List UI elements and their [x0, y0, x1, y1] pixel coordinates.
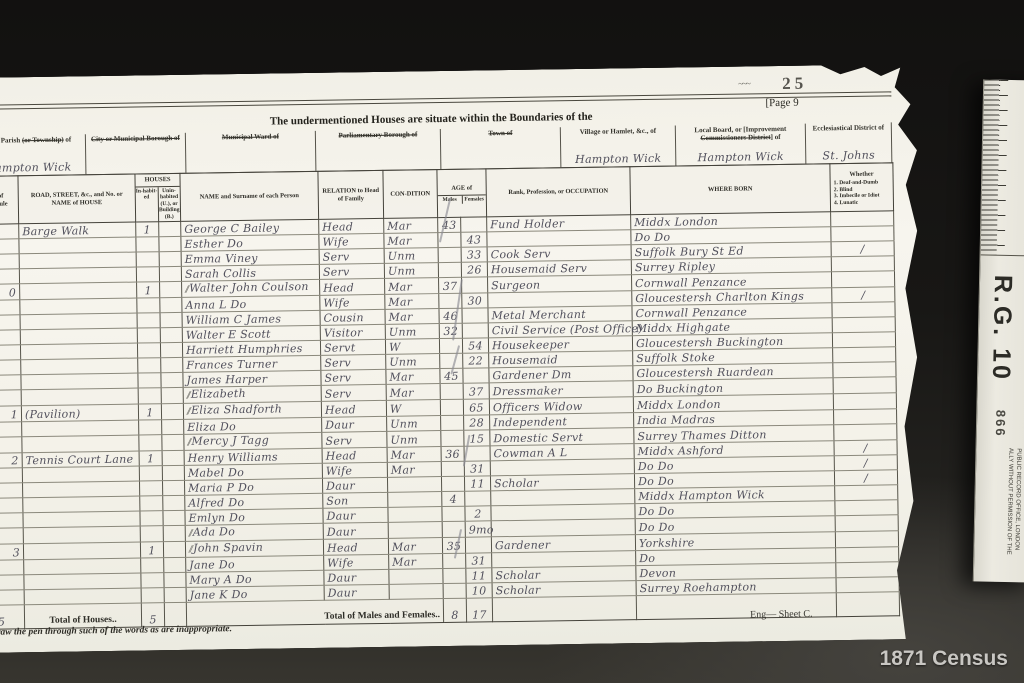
cell-blank — [836, 592, 899, 617]
cell-disability — [836, 577, 899, 593]
cell-inhabited — [141, 573, 164, 588]
cell-condition: Mar — [386, 369, 440, 385]
cell-road — [19, 252, 136, 269]
cell-relation: Daur — [323, 507, 388, 523]
cell-inhabited — [139, 420, 162, 435]
cell-inhabited: 1 — [136, 222, 159, 237]
copyright-notice: ALLY WITHOUT PERMISSION OF THEPUBLIC REC… — [1004, 448, 1023, 578]
cell-disability — [833, 393, 896, 410]
cell-road — [24, 558, 141, 575]
cell-schedule — [0, 330, 20, 346]
cell-occupation: Civil Service (Post Office) — [488, 321, 632, 338]
disability-items: 1. Deaf-and-Dumb2. Blind3. Imbecile or I… — [832, 179, 892, 206]
cell-disability — [835, 485, 898, 501]
header-field-label: Town of — [443, 128, 558, 138]
cell-age-male — [440, 383, 463, 399]
cell-schedule — [0, 483, 23, 499]
cell-relation: Serv — [319, 263, 384, 279]
cell-condition — [387, 477, 441, 493]
cell-uninhabited — [161, 403, 183, 419]
enumerator-tick: ∕∕ — [185, 285, 187, 295]
cell-relation: Head — [323, 538, 388, 555]
cell-disability — [835, 531, 898, 548]
cell-road — [22, 466, 139, 483]
cell-disability: ∕ — [831, 241, 894, 257]
header-field-label: City or Municipal Borough of — [88, 134, 183, 143]
cell-age-male — [442, 506, 465, 521]
header-field-label: Ecclesiastical District of — [808, 123, 889, 132]
cell-name: Harriett Humphries — [182, 340, 320, 357]
cell-uninhabited — [162, 419, 184, 434]
cell-inhabited — [137, 343, 160, 358]
cell-disability — [831, 226, 894, 242]
cell-road — [23, 481, 140, 498]
cell-age-female — [461, 217, 487, 232]
cell-age-female — [465, 537, 491, 553]
cell-inhabited — [139, 435, 162, 451]
total-females-value: 17 — [466, 598, 492, 622]
cell-inhabited — [141, 588, 164, 603]
cell-age-female — [465, 491, 491, 506]
cell-disability — [832, 332, 895, 348]
cell-schedule — [0, 590, 24, 606]
cell-age-female: 2 — [465, 506, 491, 521]
header-field-label: Local Board, or [Improvement Commissione… — [678, 125, 803, 143]
cell-uninhabited — [162, 480, 184, 495]
pencil-scribble: ~~~ — [738, 78, 750, 88]
cell-schedule: 0 — [0, 284, 20, 301]
cell-age-female: 26 — [461, 262, 487, 277]
cell-uninhabited — [162, 465, 184, 480]
cell-uninhabited — [164, 587, 186, 602]
col-disability: Whether 1. Deaf-and-Dumb2. Blind3. Imbec… — [830, 163, 894, 212]
cell-uninhabited — [164, 557, 186, 572]
cell-road — [23, 526, 140, 544]
cell-age-female: 11 — [464, 476, 490, 491]
cell-uninhabited — [160, 297, 182, 312]
cell-uninhabited — [163, 510, 185, 525]
cell-uninhabited — [163, 495, 185, 510]
cell-uninhabited — [162, 450, 184, 465]
cell-relation: Serv — [322, 431, 387, 448]
cell-road — [21, 373, 138, 390]
cell-road — [20, 343, 137, 360]
header-field: Civil Parish (or Township) ofHampton Wic… — [0, 134, 86, 176]
cell-age-male — [441, 476, 464, 491]
cell-disability: ∕ — [834, 455, 897, 471]
cell-disability: ∕ — [834, 440, 897, 456]
col-age-females: Females — [462, 195, 486, 204]
cell-condition: Unm — [384, 248, 438, 264]
header-field: Town of — [441, 127, 562, 169]
cell-disability — [834, 409, 897, 425]
cell-age-male — [438, 262, 461, 277]
cell-road — [24, 573, 141, 590]
header-field-label: Municipal Ward of — [188, 132, 313, 142]
cell-inhabited — [137, 298, 160, 313]
cell-age-male: 36 — [441, 446, 464, 461]
cell-condition: Unm — [387, 431, 441, 448]
cell-road — [23, 511, 140, 528]
cell-uninhabited — [160, 327, 182, 342]
cell-relation: Daur — [322, 416, 387, 432]
header-field: Ecclesiastical District ofSt. Johns — [806, 122, 893, 163]
cell-margin-note: 5 — [0, 605, 25, 630]
col-condition: CON-DITION — [383, 170, 438, 219]
cell-condition: Unm — [384, 263, 438, 279]
cell-inhabited: 1 — [140, 542, 163, 558]
col-schedule: No. of Schedule — [0, 176, 19, 225]
cell-road — [20, 328, 137, 345]
cell-condition — [388, 507, 442, 523]
cell-condition: Mar — [385, 309, 439, 325]
total-males-value: 8 — [443, 598, 466, 622]
cell-schedule — [0, 360, 21, 376]
cell-schedule — [0, 575, 24, 591]
cell-relation: Head — [320, 278, 385, 295]
header-field-label: Village or Hamlet, &c., of — [563, 127, 673, 137]
cell-age-male: 35 — [442, 537, 465, 553]
cell-relation: Head — [321, 400, 386, 417]
cell-age-female: 10 — [466, 583, 492, 598]
cell-disability — [836, 562, 899, 578]
cell-road — [20, 282, 137, 300]
cell-disability — [833, 347, 896, 363]
cell-relation: Wife — [324, 554, 389, 570]
cell-disability — [834, 424, 897, 441]
cell-relation: Cousin — [320, 309, 385, 325]
cell-age-female: 31 — [464, 461, 490, 476]
cell-inhabited — [136, 252, 159, 267]
header-field: Parliamentary Borough of — [316, 129, 442, 171]
cell-age-male — [441, 461, 464, 476]
cell-relation: Head — [319, 218, 384, 234]
cell-inhabited — [139, 481, 162, 496]
cell-schedule — [0, 528, 23, 545]
cell-condition: Unm — [385, 324, 439, 340]
header-field-value: Hampton Wick — [0, 160, 83, 175]
cell-age-female: 37 — [463, 383, 489, 399]
cell-age-male: 4 — [442, 491, 465, 506]
ruler-divider — [981, 254, 1024, 256]
cell-road: (Pavilion) — [21, 404, 138, 422]
cell-age-male — [440, 399, 463, 415]
cell-disability — [832, 317, 895, 333]
cell-relation: Servt — [320, 339, 385, 355]
enumerator-tick: ∕∕ — [187, 438, 189, 448]
cell-road: Tennis Court Lane — [22, 451, 139, 468]
col-born: WHERE BORN — [630, 164, 831, 215]
cell-disability — [831, 256, 894, 272]
cell-inhabited — [138, 388, 161, 404]
cell-age-male — [443, 568, 466, 583]
cell-age-female: 31 — [466, 553, 492, 568]
cell-road — [21, 388, 138, 406]
cell-disability — [832, 302, 895, 318]
cell-age-male: 32 — [439, 323, 462, 338]
cell-condition — [389, 584, 443, 600]
cell-disability — [833, 377, 896, 394]
col-name: NAME and Surname of each Person — [180, 171, 319, 221]
cell-relation: Serv — [321, 369, 386, 385]
cell-inhabited — [138, 373, 161, 388]
cell-uninhabited — [159, 221, 181, 236]
cell-road: Barge Walk — [19, 222, 136, 239]
cell-uninhabited — [161, 357, 183, 372]
col-houses: HOUSES In-habit-ed Unin-habited (U.), or… — [135, 173, 181, 222]
cell-schedule — [0, 239, 19, 255]
cell-road — [19, 267, 136, 284]
cell-condition: Mar — [389, 554, 443, 570]
cell-condition: Mar — [387, 462, 441, 478]
cell-schedule — [0, 513, 23, 529]
cell-uninhabited — [161, 372, 183, 387]
cell-condition: Mar — [384, 218, 438, 234]
cell-disability — [835, 515, 898, 532]
total-houses-value: 5 — [141, 603, 164, 627]
cell-blank — [492, 596, 636, 622]
cell-disability — [831, 271, 894, 288]
footnote: • Draw the pen through such of the words… — [0, 624, 232, 638]
cell-condition: W — [386, 400, 440, 417]
census-sheet: ~~~ 25 [Page 9 The undermentioned Houses… — [0, 64, 945, 653]
cell-condition: Mar — [386, 384, 440, 401]
cell-inhabited — [137, 313, 160, 328]
cell-road — [22, 435, 139, 453]
cell-uninhabited — [160, 342, 182, 357]
cell-inhabited: 1 — [138, 404, 161, 420]
cell-uninhabited — [164, 572, 186, 587]
col-occupation: Rank, Profession, or OCCUPATION — [486, 167, 631, 217]
header-field-label: Parliamentary Borough of — [318, 130, 438, 140]
cell-disability — [831, 211, 894, 227]
cell-schedule — [0, 468, 23, 484]
cell-relation: Wife — [322, 462, 387, 478]
cell-road — [23, 542, 140, 560]
cell-uninhabited — [161, 387, 183, 403]
cell-relation: Serv — [321, 384, 386, 401]
cell-inhabited — [137, 328, 160, 343]
cell-condition: Unm — [387, 416, 441, 432]
cell-road — [22, 420, 139, 437]
cell-age-female — [462, 308, 488, 323]
cell-age-male — [441, 415, 464, 430]
cell-condition: Mar — [388, 538, 442, 555]
cell-relation: Wife — [320, 294, 385, 310]
cell-schedule — [0, 498, 23, 514]
cell-age-male — [438, 247, 461, 262]
cell-inhabited — [140, 511, 163, 526]
piece-number: 866 — [993, 410, 1009, 438]
cell-uninhabited — [159, 236, 181, 251]
col-road: ROAD, STREET, &c., and No. or NAME of HO… — [18, 174, 136, 224]
cell-schedule — [0, 315, 20, 331]
cell-inhabited — [141, 558, 164, 573]
cell-schedule — [0, 300, 20, 316]
cell-schedule — [0, 560, 24, 576]
cell-age-female: 22 — [463, 353, 489, 368]
cell-condition: W — [385, 339, 439, 355]
cell-condition: Mar — [385, 278, 439, 295]
cell-inhabited — [136, 267, 159, 282]
cell-age-female — [462, 323, 488, 338]
cell-schedule: 1 — [0, 406, 22, 423]
cell-road — [24, 588, 141, 605]
cell-age-female: 65 — [463, 399, 489, 415]
table-body: Barge Walk1George C BaileyHeadMar43Fund … — [0, 211, 900, 630]
cell-condition: Mar — [387, 447, 441, 463]
cell-relation: Serv — [321, 354, 386, 370]
cell-condition: Mar — [384, 233, 438, 249]
cell-blank — [164, 602, 186, 626]
cell-disability: ∕ — [834, 470, 897, 486]
cell-condition — [388, 522, 442, 539]
header-field-value: Hampton Wick — [563, 152, 673, 167]
cell-relation: Visitor — [320, 324, 385, 340]
cell-age-female — [463, 368, 489, 383]
cell-relation: Daur — [324, 584, 389, 600]
cell-age-female: 30 — [462, 293, 488, 308]
col-relation: RELATION to Head of Family — [318, 170, 384, 219]
cell-road — [20, 298, 137, 315]
cell-inhabited — [139, 466, 162, 481]
cell-uninhabited — [159, 251, 181, 266]
cell-inhabited: 1 — [139, 451, 162, 466]
cell-schedule — [0, 375, 21, 391]
cell-uninhabited — [163, 525, 185, 541]
sheet-label: Eng— Sheet C. — [750, 609, 813, 621]
total-males-females-label: Total of Males and Females.. — [186, 599, 443, 627]
cell-road — [21, 358, 138, 375]
cell-inhabited — [140, 526, 163, 542]
cell-schedule: 3 — [0, 544, 24, 561]
cell-condition — [389, 569, 443, 585]
cell-age-female: 28 — [464, 415, 490, 430]
cell-disability — [835, 500, 898, 516]
archive-reference-card: R.G. 10 866 ALLY WITHOUT PERMISSION OF T… — [973, 79, 1024, 582]
cell-inhabited — [138, 358, 161, 373]
cell-age-female: 33 — [461, 247, 487, 262]
cell-age-male — [443, 583, 466, 598]
enumerator-tick: ∕∕ — [189, 545, 191, 555]
cell-relation: Daur — [322, 477, 387, 493]
col-uninhabited: Unin-habited (U.), or Building (B.) — [158, 186, 180, 221]
cell-road — [20, 313, 137, 330]
cell-schedule — [0, 224, 19, 240]
cell-inhabited — [140, 496, 163, 511]
enumerator-tick: ∕∕ — [187, 407, 189, 417]
cell-uninhabited — [159, 266, 181, 281]
cell-disability — [833, 362, 896, 378]
header-field-value: St. Johns — [808, 148, 889, 162]
enumerator-tick: ∕∕ — [189, 529, 191, 539]
folio-stamp-number: 25 — [782, 74, 807, 94]
header-field: Village or Hamlet, &c., ofHampton Wick — [561, 126, 677, 168]
cell-relation: Wife — [319, 233, 384, 249]
header-field-label: Civil Parish (or Township) of — [0, 135, 83, 145]
cell-relation: Head — [322, 447, 387, 463]
cell-relation: Serv — [319, 248, 384, 264]
cell-condition: Mar — [385, 294, 439, 310]
header-field-value: Hampton Wick — [678, 150, 803, 165]
image-caption: 1871 Census — [880, 647, 1008, 671]
cell-uninhabited — [163, 541, 185, 557]
cell-name: ∕∕Walter John Coulson — [182, 279, 320, 297]
cell-road — [19, 237, 136, 254]
cell-inhabited: 1 — [137, 282, 160, 298]
cell-schedule — [0, 345, 21, 361]
cell-condition: Unm — [386, 354, 440, 370]
cell-age-male — [441, 430, 464, 446]
record-group-reference: R.G. 10 — [986, 275, 1017, 383]
col-inhabited: In-habit-ed — [136, 187, 159, 222]
cell-uninhabited — [160, 312, 182, 327]
cell-relation: Son — [323, 492, 388, 508]
cell-age-female — [462, 277, 488, 293]
cell-relation: Daur — [324, 569, 389, 585]
cell-age-female: 54 — [462, 338, 488, 353]
cell-disability: ∕ — [832, 287, 895, 303]
cell-disability — [836, 547, 899, 563]
header-field: Local Board, or [Improvement Commissione… — [676, 124, 807, 166]
cell-schedule — [0, 390, 21, 407]
cell-schedule — [0, 437, 22, 454]
header-field: City or Municipal Borough of — [86, 133, 187, 174]
cell-schedule — [0, 254, 19, 270]
header-field: Municipal Ward of — [186, 131, 317, 173]
cell-relation: Daur — [323, 522, 388, 539]
cell-condition — [388, 492, 442, 508]
cell-inhabited — [136, 237, 159, 252]
cell-age-female: 9mo — [465, 521, 491, 537]
cell-uninhabited — [162, 434, 184, 450]
cell-age-female: 43 — [461, 232, 487, 247]
cell-road — [23, 496, 140, 513]
cell-uninhabited — [160, 281, 182, 297]
enumerator-tick: ∕∕ — [187, 391, 189, 401]
cell-schedule — [0, 422, 22, 438]
cell-age-male: 46 — [439, 308, 462, 323]
cell-age-female: 11 — [466, 568, 492, 583]
top-rule — [0, 91, 891, 110]
census-table: No. of Schedule ROAD, STREET, &c., and N… — [0, 162, 900, 630]
col-age: AGE of Males Females — [437, 169, 487, 218]
cell-schedule — [0, 269, 20, 285]
cell-schedule: 2 — [0, 453, 22, 469]
